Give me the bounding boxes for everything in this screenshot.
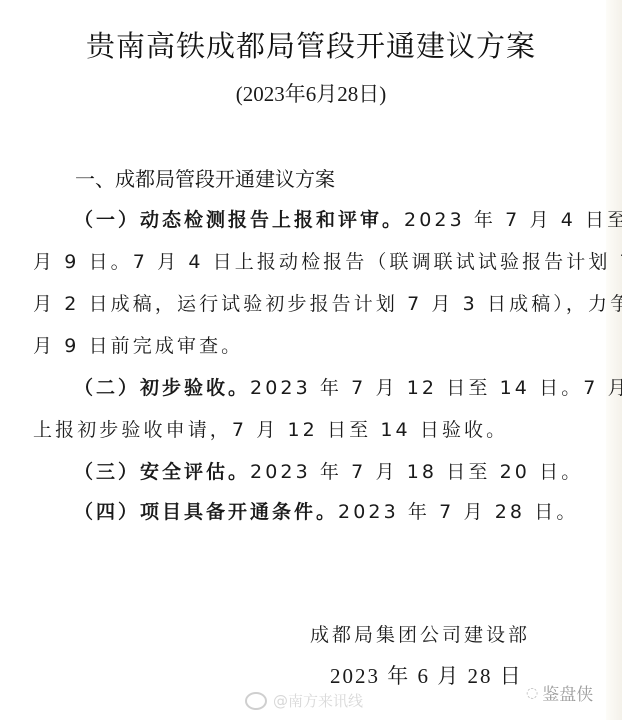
- item-4-label: （四）项目具备开通条件。: [74, 501, 338, 523]
- weibo-logo-icon: [245, 692, 267, 710]
- item-3-text: 2023 年 7 月 18 日至 20 日。: [250, 461, 583, 483]
- item-4-line-1: （四）项目具备开通条件。2023 年 7 月 28 日。: [74, 497, 578, 524]
- signature-date: 2023 年 6 月 28 日: [330, 660, 523, 690]
- chat-bubble-icon: ◌: [526, 685, 538, 701]
- item-1-line-4: 月 9 日前完成审查。: [33, 331, 243, 358]
- item-2-text: 2023 年 7 月 12 日至 14 日。7 月 9 日: [250, 377, 622, 399]
- item-1-line-1: （一）动态检测报告上报和评审。2023 年 7 月 4 日至 7: [74, 205, 622, 232]
- account-watermark: ◌ 鉴盘侠: [526, 680, 593, 705]
- item-1-label: （一）动态检测报告上报和评审。: [74, 209, 404, 231]
- item-4-text: 2023 年 7 月 28 日。: [338, 501, 578, 523]
- item-2-line-2: 上报初步验收申请，7 月 12 日至 14 日验收。: [33, 415, 508, 442]
- item-1-text: 2023 年 7 月 4 日至 7: [404, 209, 622, 231]
- item-1-line-3: 月 2 日成稿，运行试验初步报告计划 7 月 3 日成稿），力争 7: [33, 289, 622, 316]
- account-watermark-text: 鉴盘侠: [542, 680, 593, 705]
- weibo-watermark-text: @南方来讯线: [273, 690, 363, 711]
- item-2-line-1: （二）初步验收。2023 年 7 月 12 日至 14 日。7 月 9 日: [74, 373, 622, 400]
- item-1-line-2: 月 9 日。7 月 4 日上报动检报告（联调联试试验报告计划 7: [33, 247, 622, 274]
- item-2-label: （二）初步验收。: [74, 377, 250, 399]
- item-3-label: （三）安全评估。: [74, 461, 250, 483]
- item-3-line-1: （三）安全评估。2023 年 7 月 18 日至 20 日。: [74, 457, 583, 484]
- page-edge-shadow: [606, 0, 622, 720]
- signature-org: 成都局集团公司建设部: [310, 620, 530, 647]
- document-title: 贵南高铁成都局管段开通建议方案: [0, 24, 622, 65]
- weibo-watermark: @南方来讯线: [245, 690, 363, 711]
- document-date-subtitle: (2023年6月28日): [0, 78, 622, 108]
- section-heading: 一、成都局管段开通建议方案: [75, 163, 335, 192]
